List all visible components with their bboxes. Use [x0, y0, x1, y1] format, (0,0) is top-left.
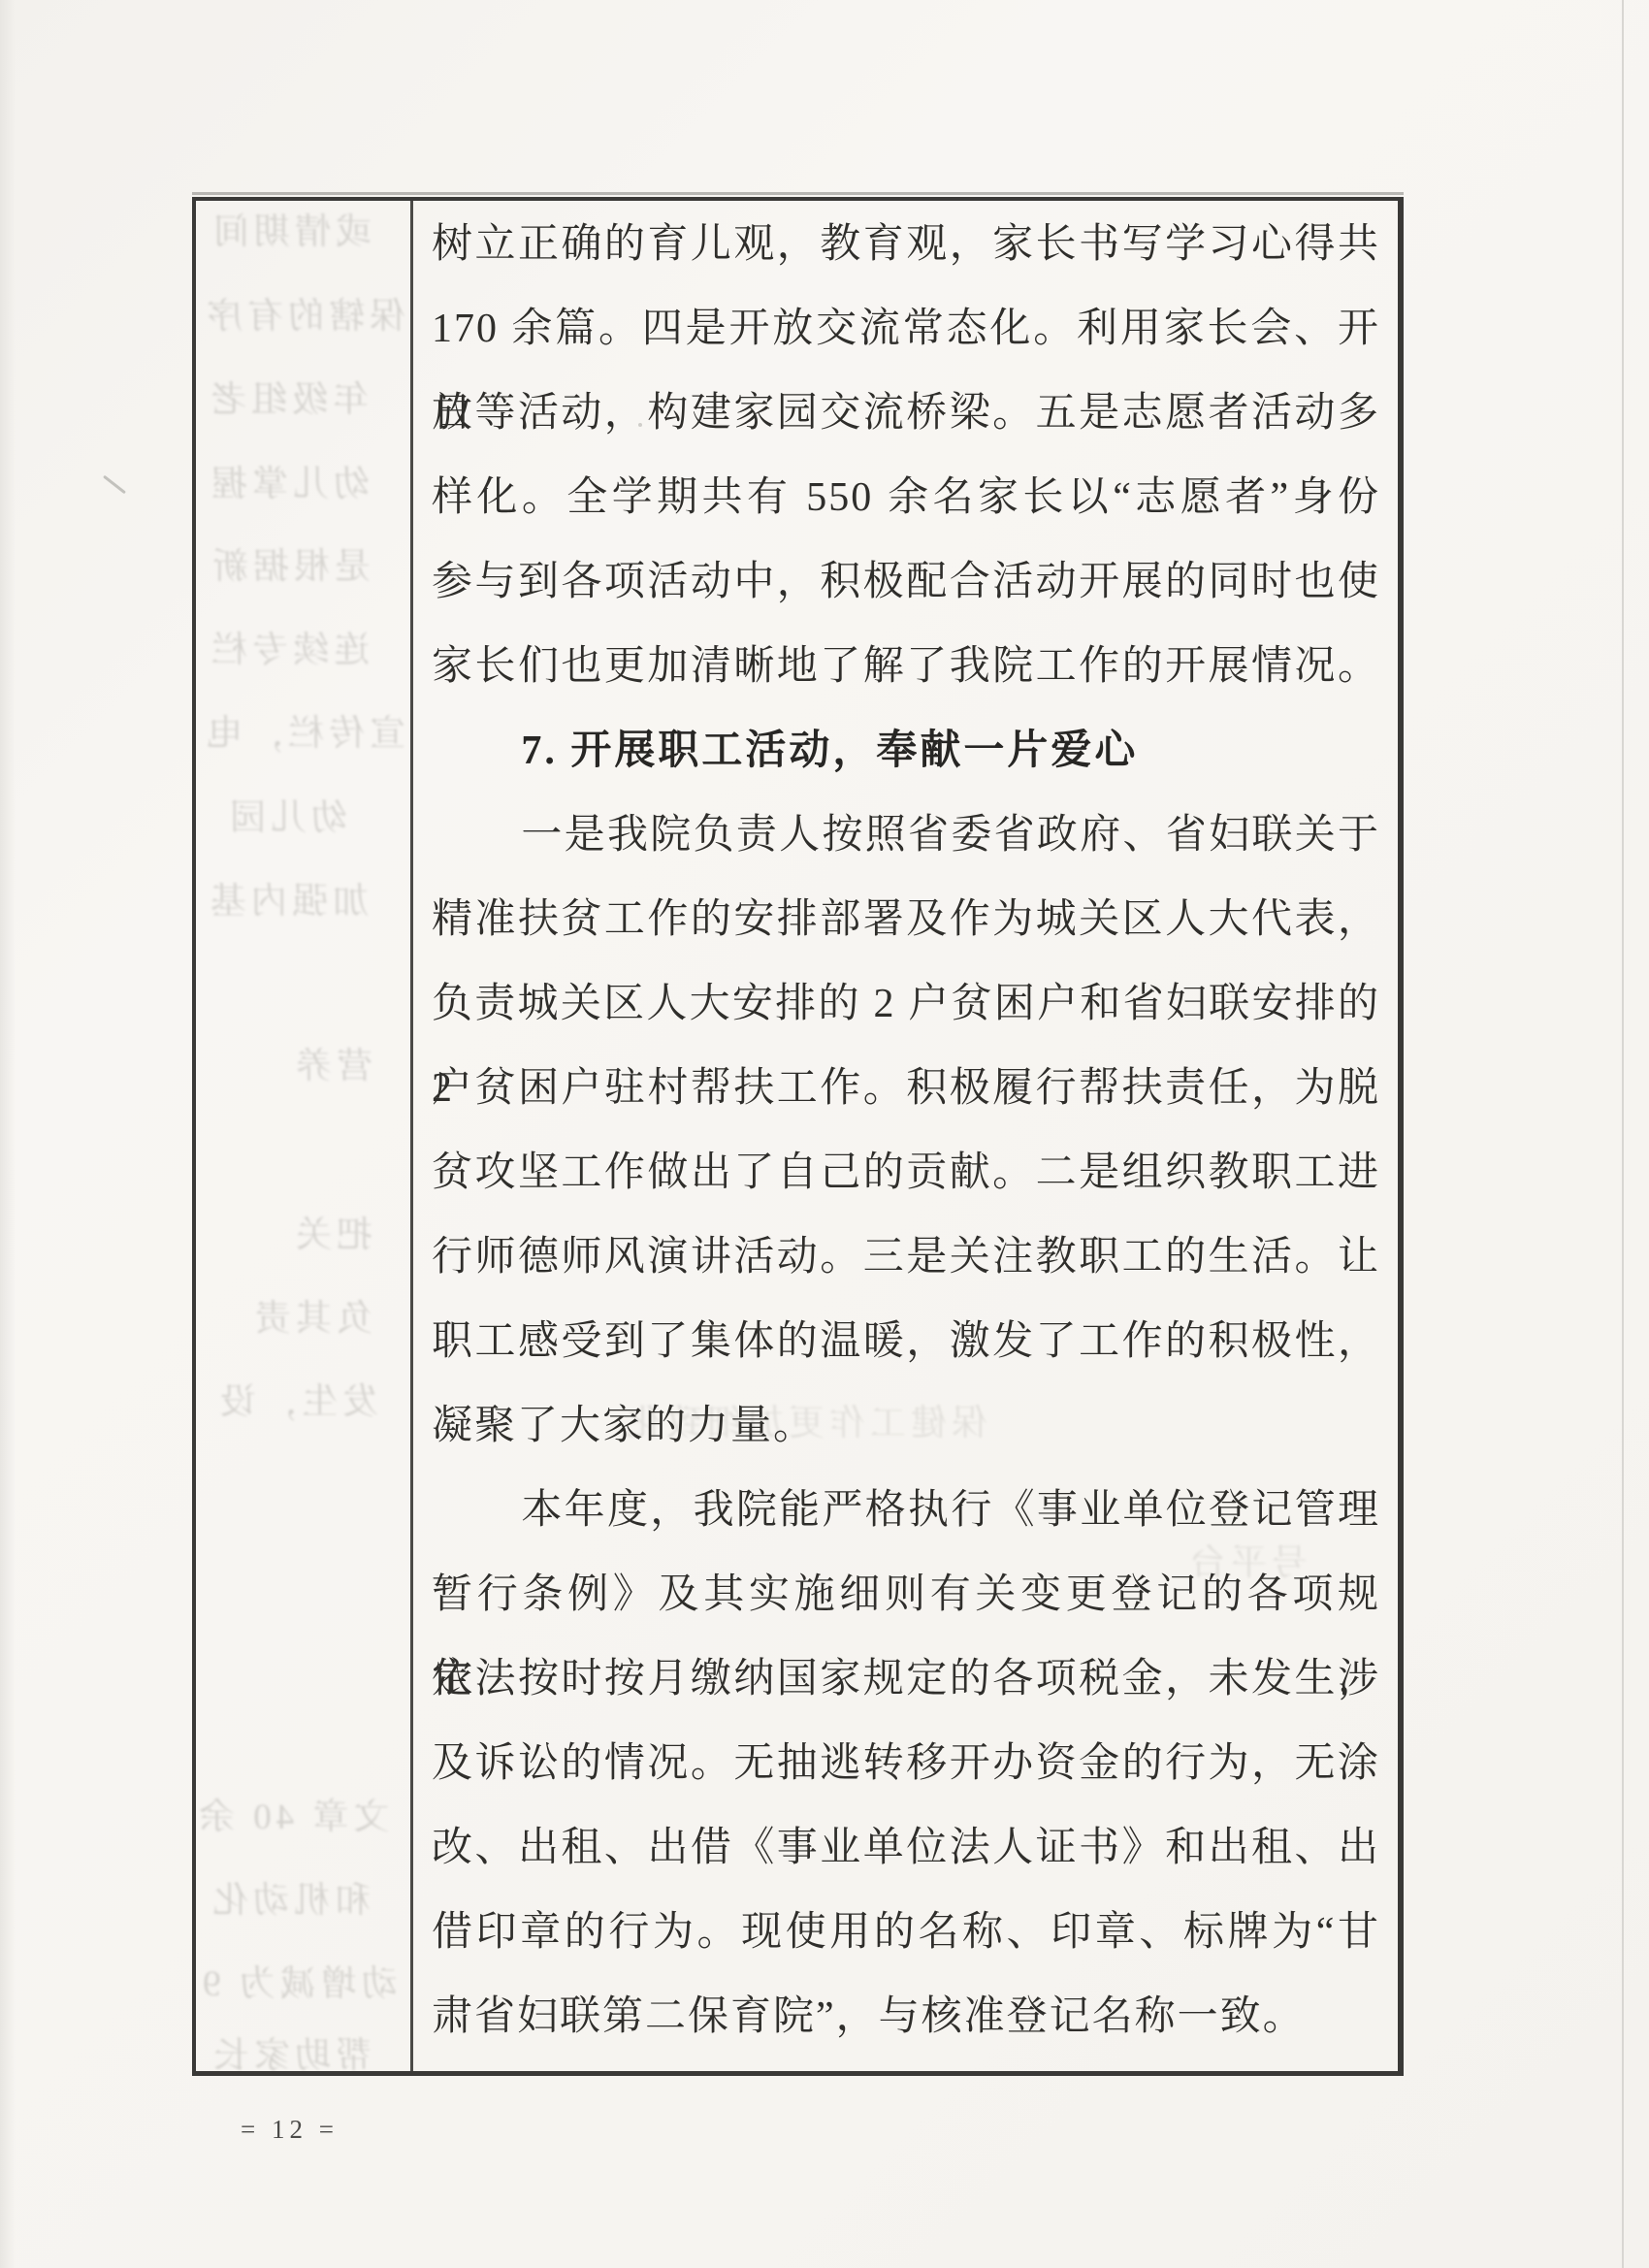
text-line: 户贫困户驻村帮扶工作。积极履行帮扶责任，为脱	[432, 1047, 1380, 1131]
scan-edge-shade	[0, 0, 16, 2268]
text-line: 参与到各项活动中，积极配合活动开展的同时也使	[432, 540, 1380, 625]
text-line: 负责城关区人大安排的 2 户贫困户和省妇联安排的 2	[432, 962, 1380, 1047]
section-heading: 7. 开展职工活动，奉献一片爱心	[432, 709, 1380, 794]
text-line: 职工感受到了集体的温暖，激发了工作的积极性，	[432, 1300, 1380, 1384]
text-line: 及诉讼的情况。无抽逃转移开办资金的行为，无涂	[432, 1722, 1380, 1806]
text-line: 一是我院负责人按照省委省政府、省妇联关于	[432, 794, 1380, 878]
text-line: 借印章的行为。现使用的名称、印章、标牌为“甘	[432, 1891, 1380, 1975]
text-line: 行师德师风演讲活动。三是关注教职工的生活。让	[432, 1215, 1380, 1300]
text-line: 树立正确的育儿观，教育观，家长书写学习心得共	[432, 203, 1380, 287]
table-column-divider	[410, 201, 413, 2071]
document-border-frame: 树立正确的育儿观，教育观，家长书写学习心得共 170 余篇。四是开放交流常态化。…	[192, 197, 1404, 2076]
text-line: 贫攻坚工作做出了自己的贡献。二是组织教职工进	[432, 1131, 1380, 1215]
text-line: 家长们也更加清晰地了解了我院工作的开展情况。	[432, 625, 1380, 709]
text-line: 肃省妇联第二保育院”，与核准登记名称一致。	[432, 1975, 1380, 2059]
text-line: 精准扶贫工作的安排部署及作为城关区人大代表，	[432, 878, 1380, 962]
text-line: 依法按时按月缴纳国家规定的各项税金，未发生涉	[432, 1637, 1380, 1722]
main-text-column: 树立正确的育儿观，教育观，家长书写学习心得共 170 余篇。四是开放交流常态化。…	[432, 203, 1380, 2059]
page-edge-line	[1622, 0, 1624, 2268]
text-line: 样化。全学期共有 550 余名家长以“志愿者”身份	[432, 456, 1380, 540]
scanned-page: 或情期间 保辖的有序 年级组老 幼儿掌握 是根据新 连续专栏 宣传栏，电 幼儿园…	[0, 0, 1649, 2268]
text-line: 日等活动，构建家园交流桥梁。五是志愿者活动多	[432, 372, 1380, 456]
text-line: 暂行条例》及其实施细则有关变更登记的各项规定，	[432, 1553, 1380, 1637]
text-line: 改、出租、出借《事业单位法人证书》和出租、出	[432, 1806, 1380, 1891]
page-number: = 12 =	[241, 2115, 339, 2145]
text-line: 170 余篇。四是开放交流常态化。利用家长会、开放	[432, 287, 1380, 372]
text-line: 本年度，我院能严格执行《事业单位登记管理	[432, 1469, 1380, 1553]
text-line: 凝聚了大家的力量。	[432, 1384, 1380, 1469]
scan-artifact	[103, 475, 126, 495]
